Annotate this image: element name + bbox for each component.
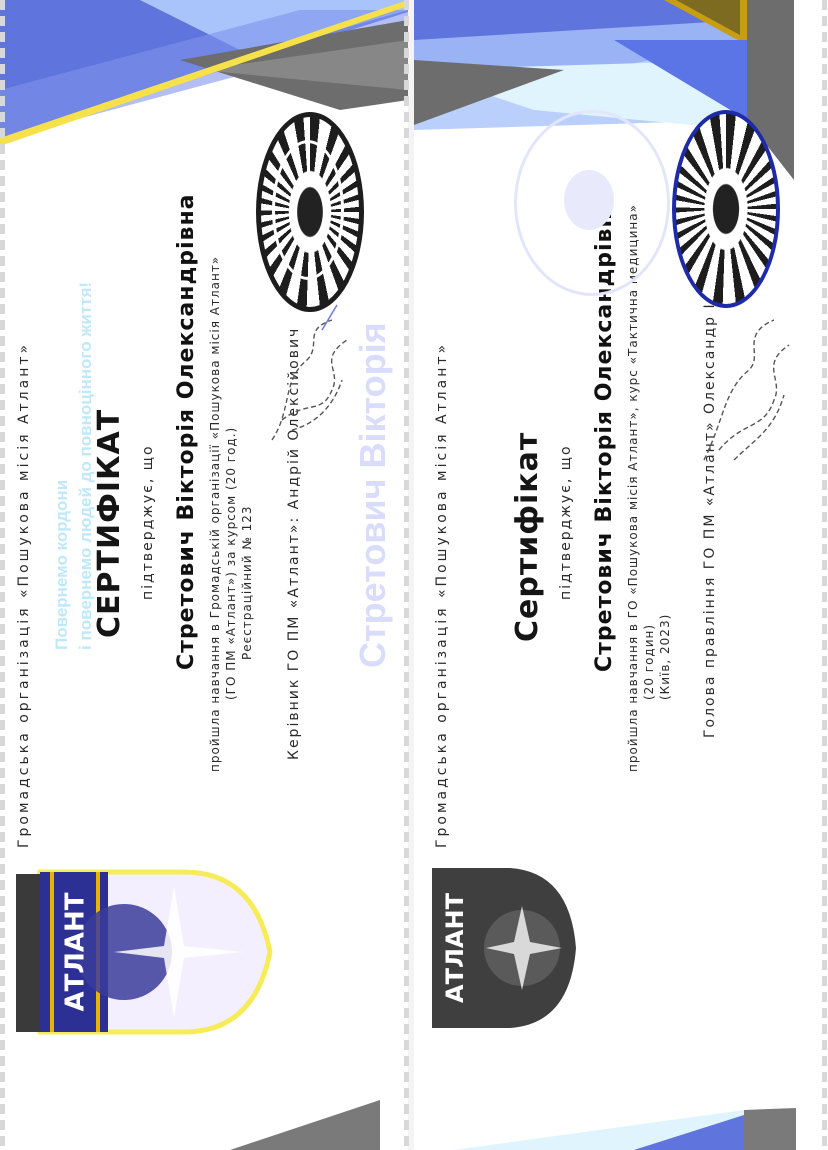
seal-inner-ring — [272, 140, 344, 280]
corner-decoration-top — [0, 0, 408, 160]
corner-decoration-bottom — [414, 1090, 828, 1150]
svg-text:АТЛАНТ: АТЛАНТ — [61, 892, 91, 1011]
corner-decoration-bottom — [0, 1090, 408, 1150]
certificate-right: Громадська організація «Пошукова місія А… — [414, 0, 828, 1150]
slogan-line-1: Повернемо кордони — [50, 282, 74, 650]
watermark-seal-inner — [564, 170, 614, 230]
certificate-subtitle: підтверджує, що — [558, 444, 574, 600]
certificate-title: СЕРТИФІКАТ — [92, 409, 127, 638]
page-edge-middle — [404, 0, 409, 1150]
seal-stamp-icon — [672, 110, 780, 308]
body-line-3: Реєстраційний № 123 — [240, 505, 254, 660]
svg-text:АТЛАНТ: АТЛАНТ — [441, 892, 469, 1003]
certificate-subtitle: підтверджує, що — [140, 444, 156, 600]
body-line-3: (Київ, 2023) — [658, 614, 672, 700]
signature-icon — [262, 300, 362, 450]
page-edge-left — [0, 0, 5, 1150]
atlant-badge-logo: АТЛАНТ — [14, 866, 276, 1038]
certificate-left: Громадська організація «Пошукова місія А… — [0, 0, 408, 1150]
certificate-title: Сертифікат — [510, 432, 545, 642]
header-org-line: Громадська організація «Пошукова місія А… — [434, 342, 450, 848]
page-edge-right — [822, 0, 827, 1150]
header-org-line: Громадська організація «Пошукова місія А… — [16, 342, 32, 848]
body-line-2: (20 годин) — [642, 624, 656, 700]
signature-icon — [694, 300, 804, 470]
body-line-1: пройшла навчання в ГО «Пошукова місія Ат… — [626, 204, 640, 772]
atlant-badge-logo: АТЛАНТ — [430, 862, 580, 1034]
slogan: Повернемо кордони і повернемо людей до п… — [50, 282, 98, 650]
body-line-2: (ГО ПМ «Атлант») за курсом (20 год.) — [224, 427, 238, 700]
recipient-name: Стретович Вікторія Олександрівна — [174, 194, 199, 671]
body-line-1: пройшла навчання в Громадській організац… — [208, 256, 222, 772]
